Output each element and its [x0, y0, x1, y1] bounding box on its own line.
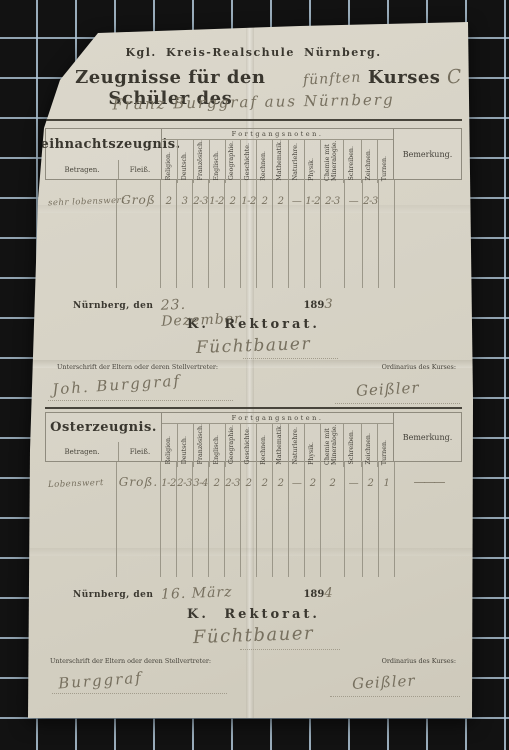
parents-signature-label: Unterschrift der Eltern oder deren Stell…: [50, 657, 211, 665]
grade-mathematik: 2: [273, 462, 289, 577]
date-line: Nürnberg, den 16. März 1894: [73, 585, 333, 601]
handwritten-grade: 2: [214, 478, 220, 489]
ordinarius-signature: Geißler: [356, 376, 465, 400]
grade-englisch: 2: [209, 462, 225, 577]
col-naturlehre: Naturlehre.: [289, 424, 305, 467]
subject-label: Naturlehre.: [293, 143, 300, 180]
col-bemerkung: Bemerkung.: [394, 413, 461, 461]
subject-label: Geschichte.: [245, 427, 252, 464]
handwritten-grade: 2: [278, 478, 284, 489]
parent-signature: Burggraf: [58, 662, 244, 693]
col-schreiben: Schreiben.: [344, 424, 362, 467]
subject-label: Schreiben.: [349, 146, 356, 180]
grade-chemie: 2: [321, 462, 345, 577]
grade-mathematik: 2: [273, 180, 289, 288]
paper: Kgl. Kreis-Realschule Nürnberg. Zeugniss…: [0, 0, 509, 750]
handwritten-grade: —: [349, 478, 359, 489]
subject-label: Religion.: [166, 152, 173, 180]
subject-label: Physik.: [309, 442, 316, 465]
course-letter-handwritten: C: [447, 65, 463, 88]
photo-scene: Kgl. Kreis-Realschule Nürnberg. Zeugniss…: [0, 0, 509, 750]
grade-turnen: 1: [379, 462, 395, 577]
signature-line: [48, 400, 233, 401]
osterzeugnis-table: Osterzeugnis. Betragen. Fleiß. Fortgangs…: [45, 412, 462, 577]
handwritten-note: ———: [413, 475, 443, 489]
rektor-signature: Füchtbauer: [45, 618, 462, 654]
grade-physik: 2: [305, 462, 321, 577]
grade-deutsch: 3: [177, 180, 193, 288]
grade-geschichte: 2: [241, 462, 257, 577]
col-englisch: Englisch.: [210, 424, 226, 467]
handwritten-grade: 2-3: [225, 478, 240, 489]
table-header: Osterzeugnis. Betragen. Fleiß. Fortgangs…: [45, 412, 462, 462]
grade-geographie: 2: [225, 180, 241, 288]
subject-columns: Religion. Deutsch. Französisch. Englisch…: [162, 424, 393, 467]
col-turnen: Turnen.: [378, 140, 393, 183]
bemerkung-value: ———: [395, 462, 462, 577]
subject-label: Englisch.: [214, 151, 221, 181]
col-physik: Physik.: [305, 424, 321, 467]
handwritten-grade: Groß.: [119, 475, 158, 489]
handwritten-grade: —: [292, 196, 302, 207]
handwritten-grade: 1: [384, 478, 390, 489]
grades-row: sehr lobenswert Groß 2 3 2-3 1-2 2 1-2 2…: [45, 180, 462, 288]
report-card-sheet: Kgl. Kreis-Realschule Nürnberg. Zeugniss…: [0, 0, 509, 750]
year-digit-handwritten: 3: [324, 297, 332, 312]
grade-geschichte: 1-2: [241, 180, 257, 288]
betragen-value: sehr lobenswert: [45, 180, 117, 288]
col-religion: Religion.: [162, 424, 178, 467]
subject-label: Zeichnen.: [366, 149, 373, 181]
bemerkung-value: [395, 180, 462, 288]
col-zeichnen: Zeichnen.: [362, 424, 378, 467]
col-franzoesisch: Französisch.: [194, 140, 210, 183]
subject-label: Mathematik.: [277, 424, 284, 465]
handwritten-grade: 3: [182, 196, 188, 207]
grade-naturlehre: —: [289, 180, 305, 288]
col-chemie: Chemie mit Mineralogie.: [321, 424, 344, 467]
betragen-value: Lobenswert: [45, 462, 117, 577]
grade-rechnen: 2: [257, 462, 273, 577]
col-schreiben: Schreiben.: [344, 140, 362, 183]
handwritten-grade: 2: [246, 478, 252, 489]
subject-label: Geschichte.: [245, 143, 252, 180]
year-digit-handwritten: 4: [324, 586, 332, 601]
ordinarius-label: Ordinarius des Kurses:: [332, 657, 456, 665]
handwritten-grade: 2-3: [177, 478, 192, 489]
col-turnen: Turnen.: [378, 424, 393, 467]
subject-columns: Religion. Deutsch. Französisch. Englisch…: [162, 140, 393, 183]
subject-label: Französisch.: [198, 140, 205, 180]
col-deutsch: Deutsch.: [178, 140, 194, 183]
subject-label: Chemie mit Mineralogie.: [325, 427, 339, 465]
subject-label: Schreiben.: [349, 430, 356, 464]
grades-row: Lobenswert Groß. 1-2 2-3 3-4 2 2-3 2 2 2…: [45, 462, 462, 577]
grade-zeichnen: 2-3: [363, 180, 379, 288]
grade-schreiben: —: [345, 462, 363, 577]
handwritten-grade: 2-3: [325, 196, 340, 207]
sub-headers: Betragen. Fleiß.: [46, 442, 161, 461]
document-content: Kgl. Kreis-Realschule Nürnberg. Zeugniss…: [0, 0, 509, 750]
grade-religion: 1-2: [161, 462, 177, 577]
grades-header: Fortgangsnoten. Religion. Deutsch. Franz…: [162, 129, 394, 179]
header-divider-rule: [45, 119, 462, 121]
handwritten-grade: 2: [368, 478, 374, 489]
handwritten-grade: 2: [310, 478, 316, 489]
handwritten-grade: 2: [329, 478, 335, 489]
handwritten-grade: 2-3: [363, 196, 378, 207]
grade-religion: 2: [161, 180, 177, 288]
subject-label: Turnen.: [382, 156, 389, 181]
grade-chemie: 2-3: [321, 180, 345, 288]
fortgangsnoten-label: Fortgangsnoten.: [162, 129, 393, 140]
subject-label: Geographie.: [229, 425, 236, 464]
grade-naturlehre: —: [289, 462, 305, 577]
handwritten-grade: Groß: [121, 193, 156, 207]
rektorat-heading: K. Rektorat.: [45, 317, 462, 332]
handwritten-grade: —: [292, 478, 302, 489]
handwritten-grade: 2: [262, 478, 268, 489]
section-title: Osterzeugnis.: [46, 413, 161, 442]
title-kurses: Kurses: [368, 67, 441, 88]
grade-zeichnen: 2: [363, 462, 379, 577]
subject-label: Chemie mit Mineralogie.: [325, 143, 339, 181]
grade-englisch: 1-2: [209, 180, 225, 288]
signature-line: [243, 358, 338, 359]
behavior-block: Weihnachtszeugnis. Betragen. Fleiß.: [46, 129, 162, 179]
weihnachtszeugnis-table: Weihnachtszeugnis. Betragen. Fleiß. Fort…: [45, 128, 462, 288]
fortgangsnoten-label: Fortgangsnoten.: [162, 413, 393, 424]
signature-line: [335, 403, 460, 404]
course-number-handwritten: fünften: [302, 69, 361, 88]
col-rechnen: Rechnen.: [257, 140, 273, 183]
col-geographie: Geographie.: [226, 140, 242, 183]
school-name: Kgl. Kreis-Realschule Nürnberg.: [45, 46, 462, 59]
handwritten-grade: 3-4: [193, 478, 208, 489]
col-englisch: Englisch.: [210, 140, 226, 183]
subject-label: Rechnen.: [261, 151, 268, 181]
signature-line: [52, 693, 227, 694]
grade-deutsch: 2-3: [177, 462, 193, 577]
col-geschichte: Geschichte.: [241, 140, 257, 183]
col-geographie: Geographie.: [226, 424, 242, 467]
grade-physik: 1-2: [305, 180, 321, 288]
subject-label: Rechnen.: [261, 435, 268, 465]
subject-label: Naturlehre.: [293, 427, 300, 464]
subject-label: Turnen.: [382, 440, 389, 465]
col-religion: Religion.: [162, 140, 178, 183]
date-handwritten: 16. März: [161, 583, 261, 602]
signature-line: [330, 696, 460, 697]
subject-label: Deutsch.: [182, 436, 189, 464]
sub-headers: Betragen. Fleiß.: [46, 160, 161, 179]
col-betragen: Betragen.: [46, 160, 118, 179]
col-geschichte: Geschichte.: [241, 424, 257, 467]
subject-label: Physik.: [309, 158, 316, 181]
handwritten-grade: 1-2: [209, 196, 224, 207]
subject-label: Deutsch.: [182, 152, 189, 180]
grade-franzoesisch: 3-4: [193, 462, 209, 577]
section-title: Weihnachtszeugnis.: [46, 129, 161, 160]
ordinarius-signature: Geißler: [352, 669, 461, 693]
col-mathematik: Mathematik.: [273, 140, 289, 183]
col-naturlehre: Naturlehre.: [289, 140, 305, 183]
grade-rechnen: 2: [257, 180, 273, 288]
grade-franzoesisch: 2-3: [193, 180, 209, 288]
subject-label: Mathematik.: [277, 140, 284, 181]
col-bemerkung: Bemerkung.: [394, 129, 461, 179]
col-mathematik: Mathematik.: [273, 424, 289, 467]
handwritten-grade: 1-2: [305, 196, 320, 207]
parent-signature: Joh. Burggraf: [52, 368, 238, 399]
grade-geographie: 2-3: [225, 462, 241, 577]
col-fleiss: Fleiß.: [118, 442, 161, 461]
table-header: Weihnachtszeugnis. Betragen. Fleiß. Fort…: [45, 128, 462, 180]
subject-label: Englisch.: [214, 435, 221, 465]
col-franzoesisch: Französisch.: [194, 424, 210, 467]
subject-label: Zeichnen.: [366, 433, 373, 465]
handwritten-grade: —: [349, 196, 359, 207]
handwritten-grade: 1-2: [161, 478, 176, 489]
place-label: Nürnberg, den: [73, 590, 153, 600]
signature-line: [240, 649, 340, 650]
subject-label: Französisch.: [198, 424, 205, 464]
col-physik: Physik.: [305, 140, 321, 183]
ordinarius-label: Ordinarius des Kurses:: [332, 363, 456, 371]
col-zeichnen: Zeichnen.: [362, 140, 378, 183]
subject-label: Religion.: [166, 436, 173, 464]
year-printed: 189: [303, 589, 324, 600]
col-betragen: Betragen.: [46, 442, 118, 461]
behavior-block: Osterzeugnis. Betragen. Fleiß.: [46, 413, 162, 461]
grade-turnen: [379, 180, 395, 288]
col-deutsch: Deutsch.: [178, 424, 194, 467]
handwritten-grade: 2: [278, 196, 284, 207]
handwritten-grade: 2-3: [193, 196, 208, 207]
fleiss-value: Groß.: [117, 462, 161, 577]
handwritten-grade: 2: [262, 196, 268, 207]
grade-schreiben: —: [345, 180, 363, 288]
subject-label: Geographie.: [229, 141, 236, 180]
place-label: Nürnberg, den: [73, 301, 153, 311]
handwritten-grade: sehr lobenswert: [48, 196, 125, 209]
col-chemie: Chemie mit Mineralogie.: [321, 140, 344, 183]
section-divider-rule: [45, 407, 462, 409]
col-rechnen: Rechnen.: [257, 424, 273, 467]
handwritten-grade: 2: [166, 196, 172, 207]
handwritten-grade: 2: [230, 196, 236, 207]
year-printed: 189: [303, 300, 324, 311]
grades-header: Fortgangsnoten. Religion. Deutsch. Franz…: [162, 413, 394, 461]
col-fleiss: Fleiß.: [118, 160, 161, 179]
handwritten-grade: Lobenswert: [48, 478, 104, 490]
handwritten-grade: 1-2: [241, 196, 256, 207]
